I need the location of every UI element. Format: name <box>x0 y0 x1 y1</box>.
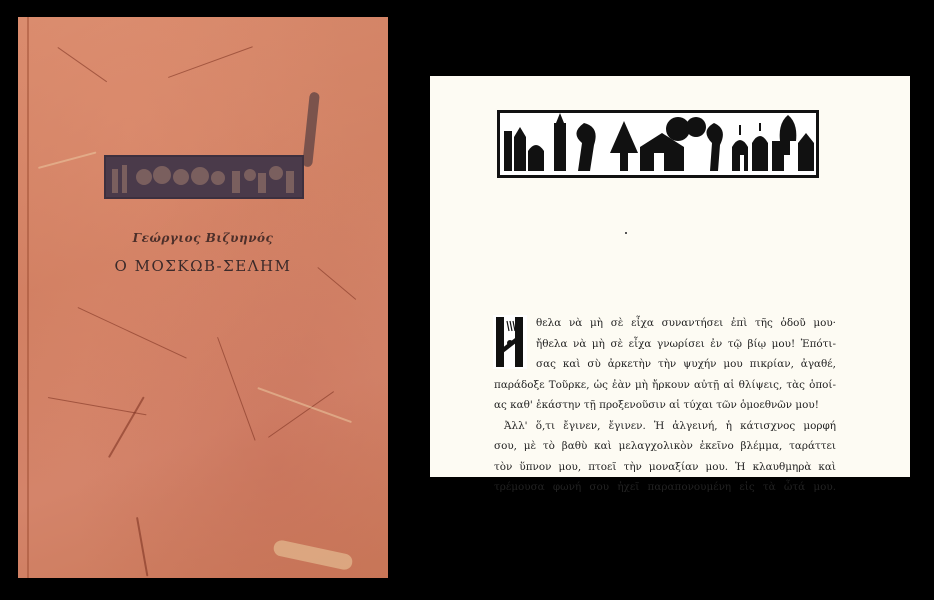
cover-author: Γεώργιος Βιζυηνός <box>18 231 388 245</box>
paper-fiber <box>168 46 253 78</box>
town-skyline-icon <box>500 113 816 175</box>
text-line: θελα νὰ μὴ σὲ εἶχα συναντήσει ἐπὶ τῆς ὁδ… <box>494 313 836 334</box>
paper-fiber <box>48 397 147 415</box>
paper-fiber <box>57 47 107 82</box>
page-speck <box>625 232 627 234</box>
text-line: σου, μὲ τὸ βαθὺ καὶ μελαγχολικὸν ἐκεῖνο … <box>494 436 836 457</box>
text-line: ας καθ' ἑκάστην τῇ προξενοῦσιν αἱ τύχαι … <box>494 395 836 416</box>
page-woodcut-illustration <box>497 110 819 178</box>
text-line: Ἀλλ' ὅ,τι ἔγινεν, ἔγινεν. Ἡ ἀλγεινή, ἡ κ… <box>494 416 836 437</box>
paper-fiber <box>38 151 96 168</box>
book-page: θελα νὰ μὴ σὲ εἶχα συναντήσει ἐπὶ τῆς ὁδ… <box>430 76 910 477</box>
paper-fiber <box>108 396 145 458</box>
text-line: σας καὶ σὺ ἀρκετὴν τὴν ψυχήν μου πικρίαν… <box>494 354 836 375</box>
text-line: παράδοξε Τοῦρκε, ὡς ἐὰν μὴ ἤρκουν αὐτῇ α… <box>494 375 836 396</box>
text-line: τὸν ὕπνον μου, πτοεῖ τὴν μοναξίαν μου. Ἡ… <box>494 457 836 478</box>
cover-title: Ο ΜΟΣΚΩΒ-ΣΕΛΗΜ <box>18 257 388 275</box>
paper-fiber <box>217 337 256 441</box>
drop-cap <box>493 315 527 369</box>
text-line: ἤθελα νὰ μὴ σὲ εἶχα γνωρίσει ἐν τῷ βίῳ μ… <box>494 334 836 355</box>
cover-woodcut-illustration <box>104 155 304 199</box>
cover-spine-line <box>27 17 29 578</box>
cover-stain <box>302 92 320 168</box>
cover-light-streak <box>272 539 354 571</box>
town-skyline-icon <box>106 157 302 197</box>
page-text: θελα νὰ μὴ σὲ εἶχα συναντήσει ἐπὶ τῆς ὁδ… <box>494 313 836 498</box>
book-cover: Γεώργιος Βιζυηνός Ο ΜΟΣΚΩΒ-ΣΕΛΗΜ <box>18 17 388 578</box>
paper-fiber <box>268 391 334 438</box>
paper-fiber <box>78 307 187 359</box>
paper-fiber <box>257 387 352 423</box>
text-line: τρέμουσα φωνή σου ἠχεῖ παραπονουμένη εἰς… <box>494 477 836 498</box>
drop-cap-eta-icon <box>493 315 527 369</box>
paper-fiber <box>136 517 148 576</box>
